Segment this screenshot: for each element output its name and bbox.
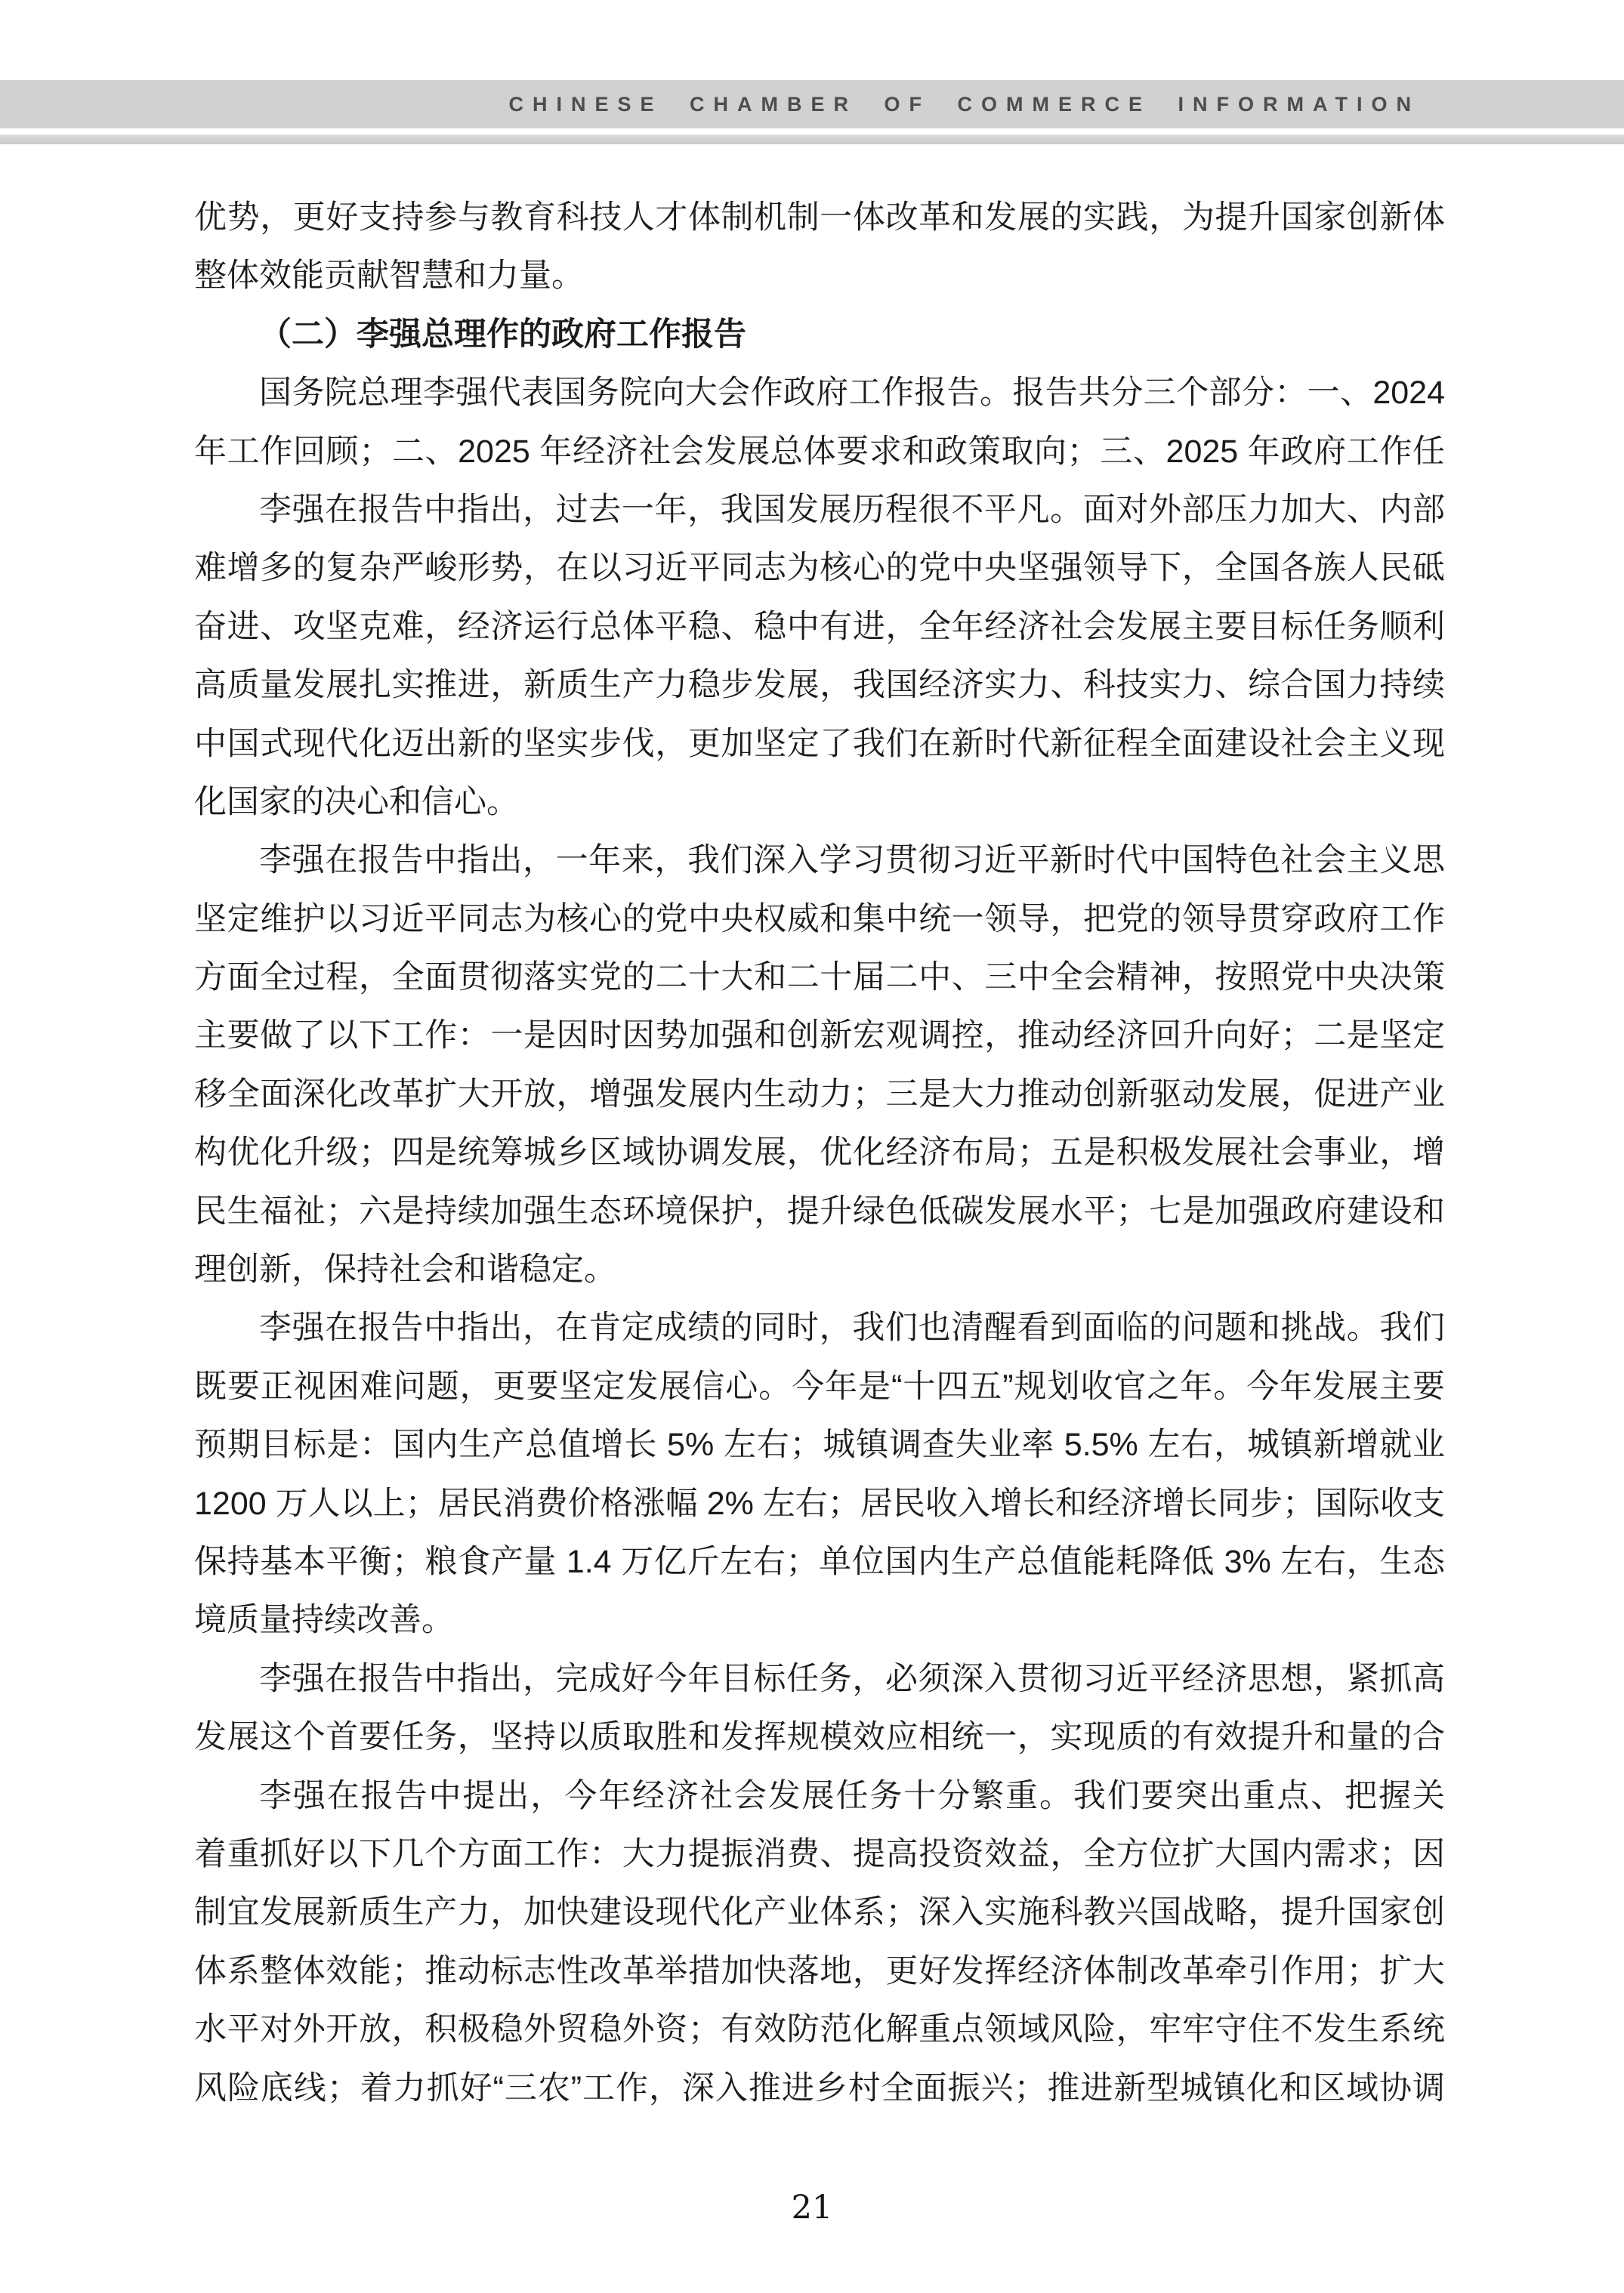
document-page: CHINESE CHAMBER OF COMMERCE INFORMATION …	[0, 0, 1624, 2293]
text-line: 李强在报告中指出，完成好今年目标任务，必须深入贯彻习近平经济思想，紧抓高质量	[194, 1650, 1445, 1708]
text-line: 风险底线；着力抓好“三农”工作，深入推进乡村全面振兴；推进新型城镇化和区域协调	[194, 2060, 1445, 2118]
text-line: 年工作回顾；二、2025 年经济社会发展总体要求和政策取向；三、2025 年政府…	[194, 423, 1445, 481]
text-line: 李强在报告中指出，在肯定成绩的同时，我们也清醒看到面临的问题和挑战。我们	[194, 1299, 1445, 1357]
text-line: 预期目标是：国内生产总值增长 5% 左右；城镇调查失业率 5.5% 左右，城镇新…	[194, 1416, 1445, 1474]
text-line: 李强在报告中指出，一年来，我们深入学习贯彻习近平新时代中国特色社会主义思想，	[194, 832, 1445, 890]
text-line: 坚定维护以习近平同志为核心的党中央权威和集中统一领导，把党的领导贯穿政府工作各	[194, 890, 1445, 949]
text-line: 中国式现代化迈出新的坚实步伐，更加坚定了我们在新时代新征程全面建设社会主义现代	[194, 715, 1445, 773]
text-line: 李强在报告中提出，今年经济社会发展任务十分繁重。我们要突出重点、把握关键，	[194, 1767, 1445, 1825]
text-line: 体系整体效能；推动标志性改革举措加快落地，更好发挥经济体制改革牵引作用；扩大高	[194, 1943, 1445, 2001]
text-line: 化国家的决心和信心。	[194, 773, 1445, 832]
header-band: CHINESE CHAMBER OF COMMERCE INFORMATION	[0, 80, 1624, 128]
text-line: 移全面深化改革扩大开放，增强发展内生动力；三是大力推动创新驱动发展，促进产业结	[194, 1066, 1445, 1124]
text-line: 李强在报告中指出，过去一年，我国发展历程很不平凡。面对外部压力加大、内部困	[194, 481, 1445, 539]
text-line: 境质量持续改善。	[194, 1591, 1445, 1650]
text-line: 民生福祉；六是持续加强生态环境保护，提升绿色低碳发展水平；七是加强政府建设和治	[194, 1183, 1445, 1241]
text-line: 方面全过程，全面贯彻落实党的二十大和二十届二中、三中全会精神，按照党中央决策部署…	[194, 949, 1445, 1007]
text-line: 奋进、攻坚克难，经济运行总体平稳、稳中有进，全年经济社会发展主要目标任务顺利完成…	[194, 598, 1445, 656]
text-line: 水平对外开放，积极稳外贸稳外资；有效防范化解重点领域风险，牢牢守住不发生系统性	[194, 2001, 1445, 2059]
text-line: 国务院总理李强代表国务院向大会作政府工作报告。报告共分三个部分：一、2024	[194, 364, 1445, 422]
text-line: 优势，更好支持参与教育科技人才体制机制一体改革和发展的实践，为提升国家创新体系	[194, 189, 1445, 247]
text-line: 既要正视困难问题，更要坚定发展信心。今年是“十四五”规划收官之年。今年发展主要	[194, 1358, 1445, 1416]
header-divider	[0, 134, 1624, 144]
text-line: 整体效能贡献智慧和力量。	[194, 247, 1445, 305]
text-line: 主要做了以下工作：一是因时因势加强和创新宏观调控，推动经济回升向好；二是坚定不	[194, 1007, 1445, 1065]
section-heading: （二）李强总理作的政府工作报告	[194, 306, 1445, 364]
header-title: CHINESE CHAMBER OF COMMERCE INFORMATION	[509, 93, 1421, 116]
page-number: 21	[0, 2189, 1624, 2227]
text-line: 保持基本平衡；粮食产量 1.4 万亿斤左右；单位国内生产总值能耗降低 3% 左右…	[194, 1533, 1445, 1591]
text-line: 高质量发展扎实推进，新质生产力稳步发展，我国经济实力、科技实力、综合国力持续增强…	[194, 656, 1445, 714]
text-line: 着重抓好以下几个方面工作：大力提振消费、提高投资效益，全方位扩大国内需求；因地	[194, 1825, 1445, 1884]
text-line: 理创新，保持社会和谐稳定。	[194, 1241, 1445, 1299]
text-line: 1200 万人以上；居民消费价格涨幅 2% 左右；居民收入增长和经济增长同步；国…	[194, 1475, 1445, 1533]
text-line: 发展这个首要任务，坚持以质取胜和发挥规模效应相统一，实现质的有效提升和量的合理增…	[194, 1708, 1445, 1767]
text-line: 难增多的复杂严峻形势，在以习近平同志为核心的党中央坚强领导下，全国各族人民砥砺	[194, 539, 1445, 597]
document-body: 优势，更好支持参与教育科技人才体制机制一体改革和发展的实践，为提升国家创新体系整…	[194, 189, 1445, 2118]
text-line: 制宜发展新质生产力，加快建设现代化产业体系；深入实施科教兴国战略，提升国家创新	[194, 1884, 1445, 1942]
text-line: 构优化升级；四是统筹城乡区域协调发展，优化经济布局；五是积极发展社会事业，增进	[194, 1124, 1445, 1182]
